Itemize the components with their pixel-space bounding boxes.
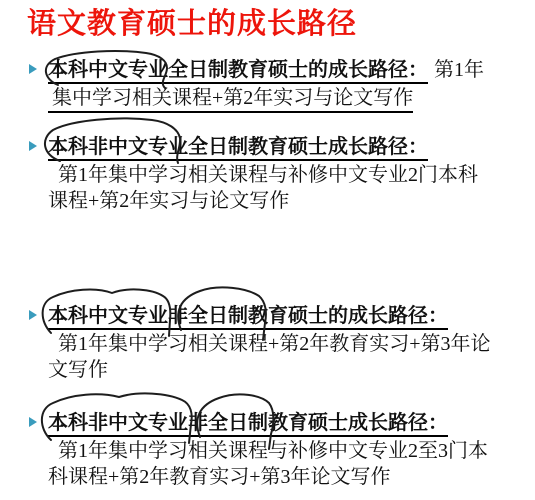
- slide-title: 语文教育硕士的成长路径: [27, 1, 357, 42]
- bullet-body-line: 集中学习相关课程+第2年实习与论文写作: [48, 85, 413, 113]
- bullet-item-4: 本科非中文专业非全日制教育硕士成长路径： 第1年集中学习相关课程与补修中文专业2…: [48, 410, 518, 490]
- bullet-triangle-icon: [29, 141, 37, 151]
- bullet-heading: 本科中文专业非全日制教育硕士的成长路径：: [48, 305, 448, 330]
- bullet-body-line: 科课程+第2年教育实习+第3年论文写作: [48, 464, 518, 490]
- bullet-body-line: 课程+第2年实习与论文写作: [48, 188, 518, 214]
- bullet-item-1: 本科中文专业全日制教育硕士的成长路径：第1年 集中学习相关课程+第2年实习与论文…: [48, 57, 518, 113]
- bullet-heading-suffix: 第1年: [434, 59, 484, 81]
- bullet-body-line: 第1年集中学习相关课程与补修中文专业2门本科: [48, 162, 518, 188]
- bullet-heading: 本科中文专业全日制教育硕士的成长路径：: [48, 59, 428, 84]
- bullet-triangle-icon: [29, 417, 37, 427]
- slide-canvas: 语文教育硕士的成长路径 本科中文专业全日制教育硕士的成长路径：第1年 集中学习相…: [0, 0, 535, 500]
- bullet-heading: 本科非中文专业全日制教育硕士成长路径：: [48, 136, 428, 161]
- bullet-body-line: 第1年集中学习相关课程+第2年教育实习+第3年论: [48, 331, 518, 357]
- bullet-triangle-icon: [29, 64, 37, 74]
- bullet-body-line: 第1年集中学习相关课程与补修中文专业2至3门本: [48, 438, 518, 464]
- bullet-body-line: 文写作: [48, 357, 518, 383]
- bullet-item-2: 本科非中文专业全日制教育硕士成长路径： 第1年集中学习相关课程与补修中文专业2门…: [48, 134, 518, 214]
- bullet-item-3: 本科中文专业非全日制教育硕士的成长路径： 第1年集中学习相关课程+第2年教育实习…: [48, 303, 518, 383]
- bullet-triangle-icon: [29, 310, 37, 320]
- bullet-heading: 本科非中文专业非全日制教育硕士成长路径：: [48, 412, 448, 437]
